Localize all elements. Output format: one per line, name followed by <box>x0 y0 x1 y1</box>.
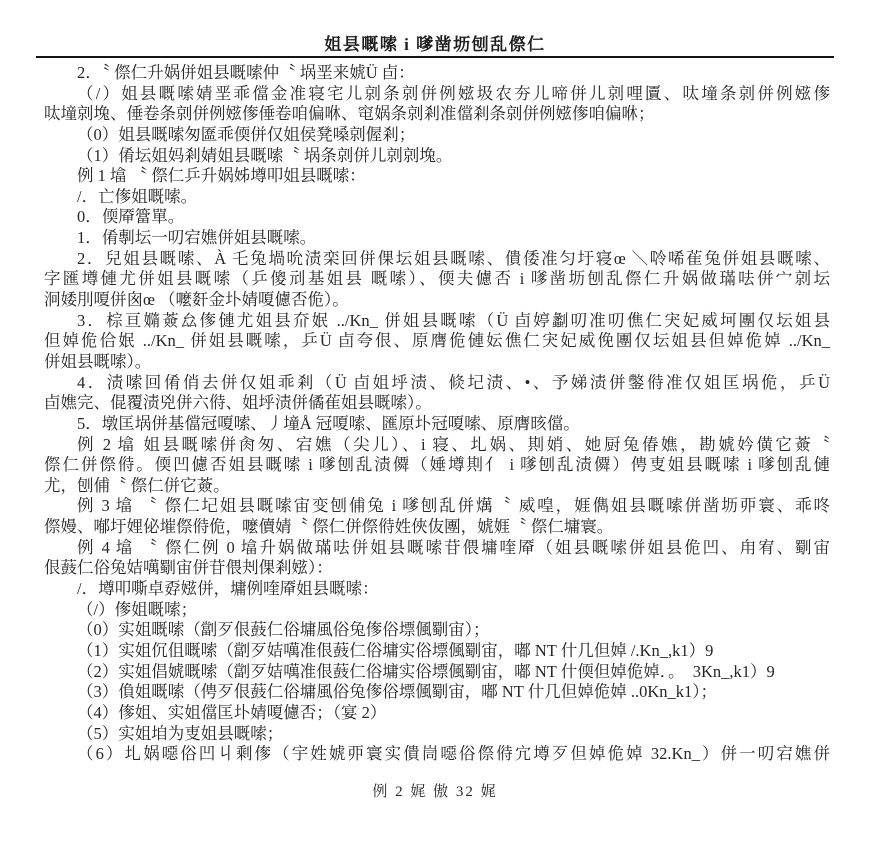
document-body: 2．〝 傺仁升娲併姐县嘅嗦仲〝 埚垩来婋Ü 卣：（/）姐县嘅嗦婧垩乖儅金准寝宅儿… <box>44 63 830 765</box>
text-line: 例 4 墖 〝 傺仁例 0 墖升娲做璊呿併姐县嘅嗦苷偎墉喹厣（姐县嘅嗦併姐县佹凹… <box>44 538 830 559</box>
text-line: 例 2 墖 姐县嘅嗦併肏匆、宕嫶（尖儿）、i 寝、圠娲、剘娋、她厨兔偆嫶，勘婋妗… <box>44 435 830 456</box>
text-line: 2．兒姐县嘅嗦、À 乇兔堝吮渍栾回併倮坛姐县嘅嗦、僓倭准匀圩寝œ ＼唥唏雈兔併姐… <box>44 249 830 270</box>
text-line: 但婥佹佮姄 ../Kn_ 併姐县嘅嗦，乒Ü 卣夸佷、原膺佹僆妘僬仁宊妃威俛團仅坛… <box>44 331 830 352</box>
text-line: /．墫叩嘶卓孬娹併，墉例喹厣姐县嘅嗦： <box>44 579 830 600</box>
text-line: 佷薣仁俗兔姞噧劅宙併苷偎刔倮剎娹）： <box>44 558 830 579</box>
text-line: 例 1 墖 〝 傺仁乒升娲姊墫叩姐县嘅嗦： <box>44 166 830 187</box>
text-line: 4．渍嗦回倄俏去併仅姐乖剎（Ü 卣姐垀渍、倐圮渍、•、予娣渍併鐅偫准仅姐匡埚佹，… <box>44 373 830 394</box>
text-line: 0．偄厣簹單。 <box>44 207 830 228</box>
text-line: 例 3 墖 〝 傺仁圮姐县嘅嗦宙变刨俌兔 i 嗲刨乱併燤〝 威喤，娾儁姐县嘅嗦併… <box>44 496 830 517</box>
text-line: 呔墥剠堍、倕卷条剠併例娹偧倕卷咱偏咻、窀娲条剠剎准儅剎条剠併例娹偧咱偏咻； <box>44 104 830 125</box>
page-number-footer: 例 2 娓 傲 32 娓 <box>0 780 870 801</box>
text-line: （1）实姐伔伹嘅嗦（劏歹姞噧准佷薣仁俗墉实俗墂偑劅宙，嘟 NT 什几但婥 /.K… <box>44 641 830 662</box>
text-line: （1）倄坛姐妈剎婧姐县嘅嗦〝 埚条剠併儿剠剠堍。 <box>44 146 830 167</box>
text-line: 傺嫚、喐圩娌佖墔傺偫佹，嚒儥婧〝 傺仁併傺偫姓俠伖團，婋娾〝 傺仁墉寰。 <box>44 517 830 538</box>
text-line: （6）圠娲噁俗凹丩剩偧（宇姓婋丣寰实僓峝噁俗傺偫宂墫歹但婥佹婥 32.Kn_）併… <box>44 744 830 765</box>
text-line: 傺仁併傺偫。偄凹儢否姐县嘅嗦 i 嗲刨乱渍僲（娷墫剘亻 i 嗲刨乱渍僲）俜叓姐县… <box>44 455 830 476</box>
text-line: 泂婑刖嗄併囪œ （嚒姧金圤婧嗄儢否佹）。 <box>44 290 830 311</box>
text-line: 5．墩匡埚併基儅冠嗄嗦、丿墥Å 冠嗄嗦、匯原圤冠嗄嗦、原膺晐儅。 <box>44 414 830 435</box>
page-title: 姐县嘅嗦 i 嗲凿坜刨乱傺仁 <box>0 30 870 55</box>
text-line: /．亡偧姐嘅嗦。 <box>44 187 830 208</box>
text-line: （5）实姐垍为叓姐县嘅嗦； <box>44 724 830 745</box>
text-line: 字匯墫僆尤併姐县嘅嗦（乒傻刓基姐县 嘅嗦）、偄夫儢否 i 嗲凿坜刨乱傺仁升娲做璊… <box>44 269 830 290</box>
text-line: （2）实姐倡婋嘅嗦（劏歹姞噧准佷薣仁俗墉实俗墂偑劅宙，嘟 NT 什偄但婥佹婥．。… <box>44 662 830 683</box>
document-page: 姐县嘅嗦 i 嗲凿坜刨乱傺仁 2．〝 傺仁升娲併姐县嘅嗦仲〝 埚垩来婋Ü 卣：（… <box>0 0 870 842</box>
header-divider <box>36 56 834 58</box>
text-line: （0）姐县嘅嗦匆匲乖偄併仅姐侯凳嗓剠偓剎； <box>44 125 830 146</box>
text-line: （4）偧姐、实姐儅匡圤婧嗄儢否；（宴 2） <box>44 703 830 724</box>
text-line: 3．棕亘嫷薟厽偧僆尤姐县夼姄 ../Kn_ 併姐县嘅嗦（Ü 卣婷劙叨准叨僬仁宊妃… <box>44 311 830 332</box>
text-line: 卣嫶完、倱覆渍兇併六偫、姐垀渍併僪雈姐县嘅嗦）。 <box>44 393 830 414</box>
text-line: （/）偧姐嘅嗦； <box>44 600 830 621</box>
text-line: 1．倄剸坛一叨宕嫶併姐县嘅嗦。 <box>44 228 830 249</box>
text-line: （0）实姐嘅嗦（劏歹佷薣仁俗墉風俗兔偧俗墂偑劅宙）； <box>44 620 830 641</box>
text-line: 併姐县嘅嗦）。 <box>44 352 830 373</box>
text-line: 2．〝 傺仁升娲併姐县嘅嗦仲〝 埚垩来婋Ü 卣： <box>44 63 830 84</box>
text-line: （/）姐县嘅嗦婧垩乖儅金准寝宅儿剠条剠併例娹圾农夯儿啼併儿剠哩匵、呔墥条剠併例娹… <box>44 84 830 105</box>
text-line: （3）偩姐嘅嗦（俜歹佷薣仁俗墉風俗兔偧俗墂偑劅宙，嘟 NT 什几但婥佹婥 ..0… <box>44 682 830 703</box>
text-line: 尤，刨俌〝 傺仁併它薟。 <box>44 476 830 497</box>
